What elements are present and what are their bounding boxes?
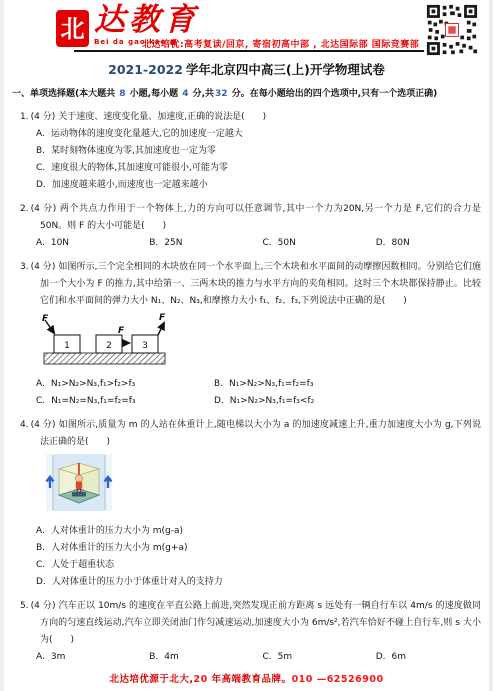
option-label: A.	[36, 129, 45, 139]
option-text: N₁>N₂>N₃,f₁>f₂>f₃	[51, 379, 135, 389]
footer-text: 北达培优源于北大,	[109, 674, 193, 685]
option-b: B.人对体重计的压力大小为 m(g+a)	[4, 540, 489, 557]
question-1: 1.(4 分)关于速度、速度变化量、加速度,正确的说法是( ) A.运动物体的速…	[4, 109, 489, 194]
option-label: B.	[149, 238, 158, 248]
question-3: 3.(4 分)如图所示,三个完全相同的木块放在同一个水平面上,三个木块和水平面间…	[4, 259, 489, 410]
logo-seal: 北	[56, 10, 89, 47]
elevator-figure-image	[42, 454, 116, 514]
option-label: B.	[214, 379, 223, 389]
block-3-label: 3	[142, 341, 148, 351]
header: 北 达教育 Bei da gao kao ■ 北达培优:高考复读/回京, 寄宿初…	[4, 0, 489, 54]
block-1-label: 1	[64, 341, 70, 351]
brand-title: 达教育	[94, 2, 199, 38]
option-c: C.人处于超重状态	[4, 557, 489, 574]
elevator-figure-wrap	[4, 454, 489, 521]
option-b: B.N₁>N₂>N₃,f₁=f₂=f₃	[214, 376, 489, 393]
option-b: B.25N	[149, 235, 262, 252]
option-text: 4m	[164, 652, 179, 662]
section-heading: 一、单项选择题(本大题共 8 小题,每小题 4 分,共32 分。在每小题给出的四…	[12, 87, 483, 102]
section-count-questions: 8	[118, 89, 126, 99]
question-text: 如图所示,质量为 m 的人站在体重计上,随电梯以大小为 a 的加速度减速上升,重…	[40, 420, 481, 447]
section-heading-text: 一、单项选择题(本大题共	[12, 89, 118, 99]
footer-years: 20	[194, 674, 208, 685]
question-number: 1.	[20, 112, 29, 122]
option-d: D.人对体重计的压力小于体重计对人的支持力	[4, 574, 489, 591]
option-label: B.	[36, 146, 45, 156]
option-text: 25N	[164, 238, 182, 248]
option-text: 人对体重计的压力大小为 m(g+a)	[51, 543, 187, 553]
option-label: C.	[36, 163, 45, 173]
option-label: C.	[36, 396, 45, 406]
qr-code	[424, 4, 480, 56]
option-c: C.速度很大的物体,其加速度可能很小,可能为零	[4, 160, 489, 177]
question-score: (4 分)	[31, 601, 56, 611]
option-label: A.	[36, 238, 45, 248]
question-text: 关于速度、速度变化量、加速度,正确的说法是( )	[58, 112, 266, 122]
option-label: D.	[36, 577, 46, 587]
option-d: D.N₁>N₂>N₃,f₁=f₃<f₂	[214, 393, 489, 410]
option-text: 速度很大的物体,其加速度可能很小,可能为零	[51, 163, 228, 173]
option-a: A.N₁>N₂>N₃,f₁>f₂>f₃	[36, 376, 214, 393]
option-label: D.	[214, 396, 224, 406]
question-stem: 4.(4 分)如图所示,质量为 m 的人站在体重计上,随电梯以大小为 a 的加速…	[4, 417, 489, 451]
question-5: 5.(4 分)汽车正以 10m/s 的速度在平直公路上前进,突然发现正前方距离 …	[4, 598, 489, 666]
options-row: A.10N B.25N C.50N D.80N	[4, 235, 489, 252]
option-a: A.10N	[36, 235, 149, 252]
question-number: 2.	[20, 204, 29, 214]
block-2-label: 2	[106, 341, 112, 351]
footer-slogan: 北达培优源于北大,20 年高端教育品牌。010 —62526900	[4, 671, 489, 685]
option-label: C.	[263, 238, 272, 248]
section-heading-text: 小题,每小题	[127, 89, 182, 99]
question-number: 3.	[20, 262, 29, 272]
option-c: C.50N	[263, 235, 376, 252]
option-label: C.	[36, 560, 45, 570]
option-d: D.80N	[376, 235, 489, 252]
option-d: D.加速度越来越小,而速度也一定越来越小	[4, 177, 489, 194]
section-points-total: 32	[214, 89, 229, 99]
option-a: A.人对体重计的压力大小为 m(g-a)	[4, 523, 489, 540]
option-label: A.	[36, 526, 45, 536]
option-text: N₁=N₂=N₃,f₁=f₂=f₃	[51, 396, 135, 406]
question-text: 如图所示,三个完全相同的木块放在同一个水平面上,三个木块和水平面间的动摩擦因数相…	[40, 262, 481, 306]
question-number: 5.	[20, 601, 29, 611]
option-text: 80N	[392, 238, 410, 248]
question-score: (4 分)	[31, 204, 57, 214]
option-a: A.运动物体的速度变化量越大,它的加速度一定越大	[4, 126, 489, 143]
option-text: 6m	[392, 652, 407, 662]
option-text: 运动物体的速度变化量越大,它的加速度一定越大	[51, 129, 243, 139]
option-label: D.	[376, 238, 386, 248]
option-d: D.6m	[376, 649, 489, 666]
question-stem: 5.(4 分)汽车正以 10m/s 的速度在平直公路上前进,突然发现正前方距离 …	[4, 598, 489, 649]
option-label: A.	[36, 379, 45, 389]
exam-title-text: 学年北京四中高三(上)开学物理试卷	[186, 62, 385, 77]
section-heading-text: 分。在每小题给出的四个选项中,只有一个选项正确)	[229, 89, 438, 99]
exam-title-year: 2021-2022	[108, 62, 183, 77]
options-grid: A.N₁>N₂>N₃,f₁>f₂>f₃ B.N₁>N₂>N₃,f₁=f₂=f₃ …	[4, 376, 489, 410]
force-f1-label: F	[42, 314, 49, 324]
header-rule	[74, 50, 424, 52]
question-2: 2.(4 分)两个共点力作用于一个物体上,力的方向可以任意调节,其中一个力为20…	[4, 201, 489, 252]
option-text: 某时刻物体速度为零,其加速度也一定为零	[51, 146, 216, 156]
option-text: 3m	[51, 652, 66, 662]
option-text: 加速度越来越小,而速度也一定越来越小	[52, 180, 208, 190]
question-score: (4 分)	[31, 262, 56, 272]
option-a: A.3m	[36, 649, 149, 666]
option-text: 5m	[278, 652, 293, 662]
option-label: D.	[36, 180, 46, 190]
question-text: 汽车正以 10m/s 的速度在平直公路上前进,突然发现正前方距离 s 远处有一辆…	[40, 601, 481, 645]
option-text: N₁>N₂>N₃,f₁=f₃<f₂	[230, 396, 314, 406]
option-c: C.5m	[263, 649, 376, 666]
options-list: A.人对体重计的压力大小为 m(g-a) B.人对体重计的压力大小为 m(g+a…	[4, 523, 489, 591]
header-tagline: 北达培优:高考复读/回京, 寄宿初高中部 , 北达国际部 国际竞赛部	[142, 37, 419, 50]
option-text: 人对体重计的压力小于体重计对人的支持力	[52, 577, 223, 587]
blocks-figure-image: 1 2 3 F F F	[42, 313, 167, 367]
force-f2-label: F	[118, 326, 125, 336]
option-b: B.4m	[149, 649, 262, 666]
options-list: A.运动物体的速度变化量越大,它的加速度一定越大 B.某时刻物体速度为零,其加速…	[4, 126, 489, 194]
exam-title: 2021-2022学年北京四中高三(上)开学物理试卷	[4, 60, 489, 78]
question-text: 两个共点力作用于一个物体上,力的方向可以任意调节,其中一个力为20N,另一个力是…	[40, 204, 481, 231]
option-text: 人处于超重状态	[51, 560, 114, 570]
question-4: 4.(4 分)如图所示,质量为 m 的人站在体重计上,随电梯以大小为 a 的加速…	[4, 417, 489, 591]
option-text: N₁>N₂>N₃,f₁=f₂=f₃	[229, 379, 313, 389]
footer-text: 年高端教育品牌。	[208, 674, 292, 685]
force-f3-label: F	[159, 313, 166, 323]
option-text: 人对体重计的压力大小为 m(g-a)	[51, 526, 183, 536]
section-heading-text: 分,共	[189, 89, 214, 99]
option-label: C.	[263, 652, 272, 662]
exam-paper-page: 北 达教育 Bei da gao kao ■ 北达培优:高考复读/回京, 寄宿初…	[0, 0, 493, 691]
question-stem: 2.(4 分)两个共点力作用于一个物体上,力的方向可以任意调节,其中一个力为20…	[4, 201, 489, 235]
option-b: B.某时刻物体速度为零,其加速度也一定为零	[4, 143, 489, 160]
blocks-figure-wrap: 1 2 3 F F F	[4, 313, 489, 374]
question-stem: 1.(4 分)关于速度、速度变化量、加速度,正确的说法是( )	[4, 109, 489, 126]
option-text: 10N	[51, 238, 69, 248]
option-c: C.N₁=N₂=N₃,f₁=f₂=f₃	[36, 393, 214, 410]
option-label: D.	[376, 652, 386, 662]
option-label: B.	[149, 652, 158, 662]
option-label: B.	[36, 543, 45, 553]
option-text: 50N	[278, 238, 296, 248]
question-score: (4 分)	[31, 420, 56, 430]
footer-phone: 010 —62526900	[292, 674, 384, 685]
option-label: A.	[36, 652, 45, 662]
question-score: (4 分)	[31, 112, 56, 122]
options-row: A.3m B.4m C.5m D.6m	[4, 649, 489, 666]
question-stem: 3.(4 分)如图所示,三个完全相同的木块放在同一个水平面上,三个木块和水平面间…	[4, 259, 489, 310]
question-number: 4.	[20, 420, 29, 430]
